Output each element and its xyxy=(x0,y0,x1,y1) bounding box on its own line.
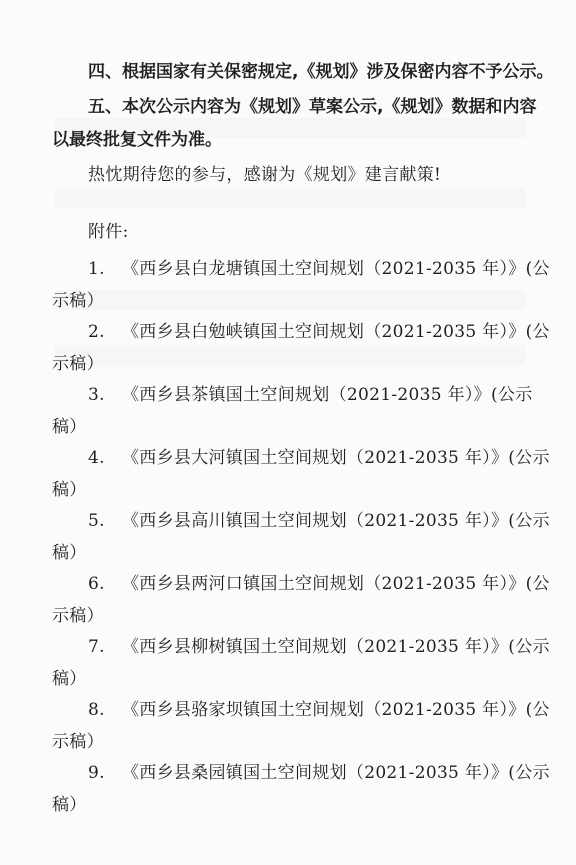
attachment-item-8-cont: 示稿） xyxy=(52,731,104,753)
attachment-number: 3. xyxy=(88,384,122,406)
attachment-number: 5. xyxy=(88,510,122,532)
attachment-item-6-cont: 示稿） xyxy=(52,605,104,627)
attachment-title: 《西乡县两河口镇国土空间规划（2021-2035 年）》(公 xyxy=(122,574,550,594)
attachment-title: 《西乡县高川镇国土空间规划（2021-2035 年）》(公示 xyxy=(122,511,550,531)
attachment-title: 《西乡县白龙塘镇国土空间规划（2021-2035 年）》(公 xyxy=(122,259,550,279)
attachment-item-4[interactable]: 4.《西乡县大河镇国土空间规划（2021-2035 年）》(公示 xyxy=(88,447,550,469)
bleed-through xyxy=(55,290,525,310)
attachment-item-3-cont: 稿） xyxy=(52,416,87,438)
attachment-item-2[interactable]: 2.《西乡县白勉峡镇国土空间规划（2021-2035 年）》(公 xyxy=(88,321,550,343)
attachment-item-4-cont: 稿） xyxy=(52,479,87,501)
attachment-number: 4. xyxy=(88,447,122,469)
attachment-number: 7. xyxy=(88,636,122,658)
bleed-through xyxy=(55,345,525,365)
attachment-item-1[interactable]: 1.《西乡县白龙塘镇国土空间规划（2021-2035 年）》(公 xyxy=(88,258,550,280)
attachment-item-5[interactable]: 5.《西乡县高川镇国土空间规划（2021-2035 年）》(公示 xyxy=(88,510,550,532)
attachment-item-8[interactable]: 8.《西乡县骆家坝镇国土空间规划（2021-2035 年）》(公 xyxy=(88,699,550,721)
attachment-title: 《西乡县柳树镇国土空间规划（2021-2035 年）》(公示 xyxy=(122,637,550,657)
attachment-item-2-cont: 示稿） xyxy=(52,353,104,375)
attachment-number: 1. xyxy=(88,258,122,280)
attachment-item-7-cont: 稿） xyxy=(52,668,87,690)
attachment-item-3[interactable]: 3.《西乡县茶镇国土空间规划（2021-2035 年）》(公示 xyxy=(88,384,533,406)
attachment-item-9[interactable]: 9.《西乡县桑园镇国土空间规划（2021-2035 年）》(公示 xyxy=(88,762,550,784)
attachment-title: 《西乡县骆家坝镇国土空间规划（2021-2035 年）》(公 xyxy=(122,700,550,720)
attachment-item-9-cont: 稿） xyxy=(52,794,87,816)
paragraph-4: 四、根据国家有关保密规定,《规划》涉及保密内容不予公示。 xyxy=(88,61,553,83)
attachment-title: 《西乡县茶镇国土空间规划（2021-2035 年）》(公示 xyxy=(122,385,533,405)
bleed-through xyxy=(55,188,525,208)
attachment-title: 《西乡县桑园镇国土空间规划（2021-2035 年）》(公示 xyxy=(122,763,550,783)
attachment-item-6[interactable]: 6.《西乡县两河口镇国土空间规划（2021-2035 年）》(公 xyxy=(88,573,550,595)
attachment-number: 8. xyxy=(88,699,122,721)
paragraph-5-line-1: 五、本次公示内容为《规划》草案公示,《规划》数据和内容 xyxy=(88,96,536,118)
document-page: 四、根据国家有关保密规定,《规划》涉及保密内容不予公示。 五、本次公示内容为《规… xyxy=(0,0,576,865)
closing-line: 热忱期待您的参与，感谢为《规划》建言献策! xyxy=(88,164,441,186)
attachment-item-1-cont: 示稿） xyxy=(52,290,104,312)
attachment-title: 《西乡县大河镇国土空间规划（2021-2035 年）》(公示 xyxy=(122,448,550,468)
paragraph-5-line-2: 以最终批复文件为准。 xyxy=(52,129,222,151)
attachment-number: 2. xyxy=(88,321,122,343)
attachment-item-5-cont: 稿） xyxy=(52,542,87,564)
attachment-number: 9. xyxy=(88,762,122,784)
attachment-number: 6. xyxy=(88,573,122,595)
attachments-heading: 附件: xyxy=(88,221,129,243)
attachment-title: 《西乡县白勉峡镇国土空间规划（2021-2035 年）》(公 xyxy=(122,322,550,342)
attachment-item-7[interactable]: 7.《西乡县柳树镇国土空间规划（2021-2035 年）》(公示 xyxy=(88,636,550,658)
